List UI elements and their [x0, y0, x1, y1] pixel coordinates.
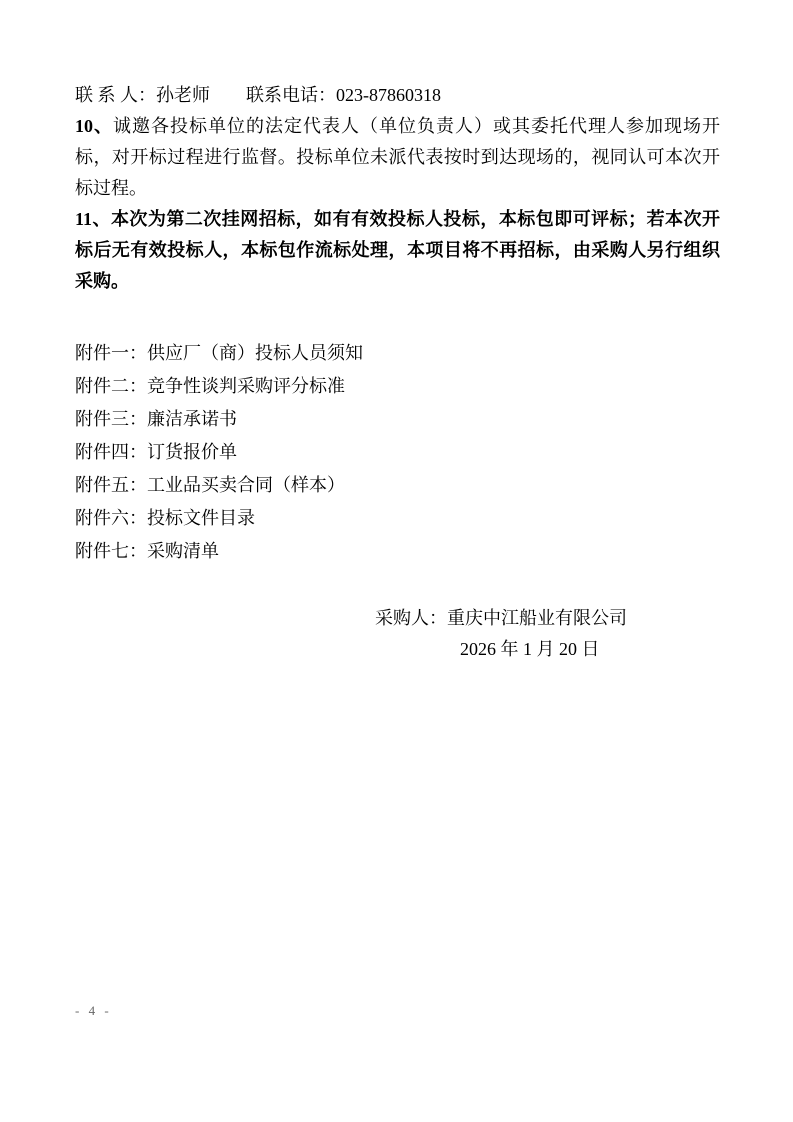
- clause-11-number: 11、: [75, 209, 111, 229]
- attachment-item-2: 附件二：竞争性谈判采购评分标准: [75, 370, 720, 403]
- attachment-item-7: 附件七：采购清单: [75, 535, 720, 568]
- document-content: 联 系 人：孙老师 联系电话：023-87860318 10、诚邀各投标单位的法…: [75, 80, 720, 665]
- attachment-item-3: 附件三：廉洁承诺书: [75, 403, 720, 436]
- clause-10-text: 诚邀各投标单位的法定代表人（单位负责人）或其委托代理人参加现场开标，对开标过程进…: [75, 116, 720, 198]
- clause-11-text: 本次为第二次挂网招标，如有有效投标人投标，本标包即可评标；若本次开标后无有效投标…: [75, 209, 720, 291]
- signature-block: 采购人：重庆中江船业有限公司 2026 年 1 月 20 日: [75, 603, 720, 665]
- page-number: - 4 -: [75, 1003, 112, 1019]
- clause-11: 11、本次为第二次挂网招标，如有有效投标人投标，本标包即可评标；若本次开标后无有…: [75, 204, 720, 297]
- attachment-item-4: 附件四：订货报价单: [75, 436, 720, 469]
- clause-10: 10、诚邀各投标单位的法定代表人（单位负责人）或其委托代理人参加现场开标，对开标…: [75, 111, 720, 204]
- contact-line: 联 系 人：孙老师 联系电话：023-87860318: [75, 80, 720, 111]
- attachment-list: 附件一：供应厂（商）投标人员须知 附件二：竞争性谈判采购评分标准 附件三：廉洁承…: [75, 337, 720, 568]
- clause-10-number: 10、: [75, 116, 113, 136]
- purchaser-line: 采购人：重庆中江船业有限公司: [375, 603, 720, 634]
- attachment-item-1: 附件一：供应厂（商）投标人员须知: [75, 337, 720, 370]
- attachment-item-5: 附件五：工业品买卖合同（样本）: [75, 469, 720, 502]
- attachment-item-6: 附件六：投标文件目录: [75, 502, 720, 535]
- date-line: 2026 年 1 月 20 日: [460, 634, 720, 665]
- document-page: 联 系 人：孙老师 联系电话：023-87860318 10、诚邀各投标单位的法…: [0, 0, 793, 1122]
